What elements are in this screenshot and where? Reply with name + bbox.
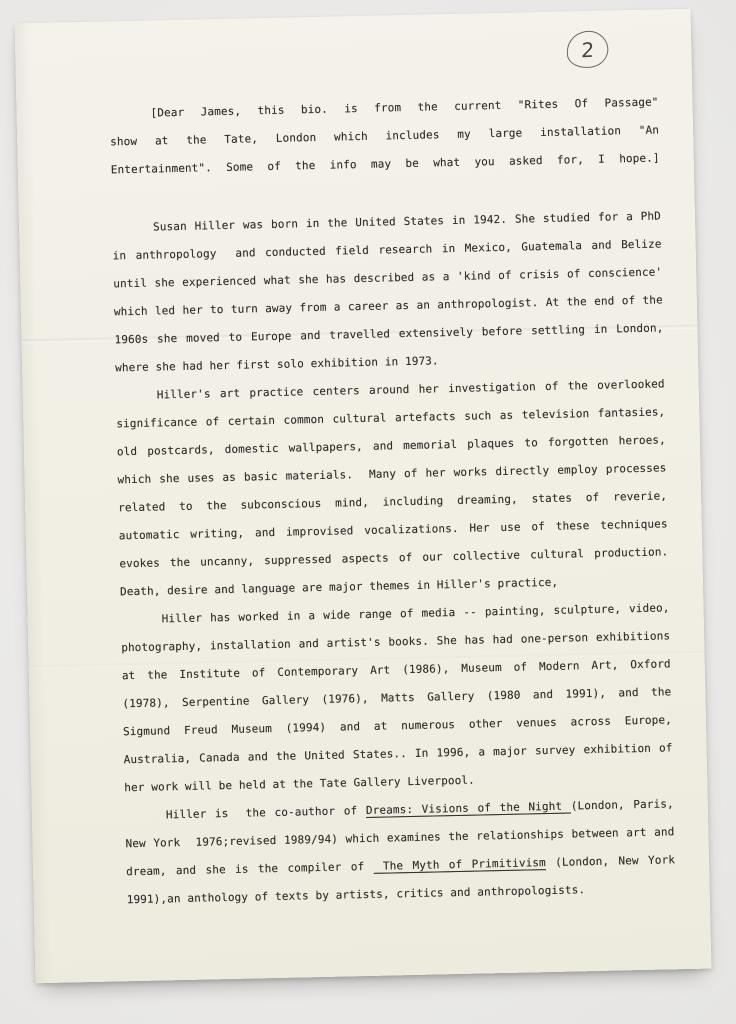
paper-sheet: 2 [Dear James, this bio. is from the cur…	[15, 9, 712, 984]
book-title-underlined: Dreams: Visions of the Night	[366, 800, 571, 817]
paragraph-early-life: Susan Hiller was born in the United Stat…	[112, 202, 665, 382]
photo-backdrop: 2 [Dear James, this bio. is from the cur…	[0, 0, 736, 1024]
line-text: (London, Paris,	[571, 797, 674, 812]
line-text: (London, New York	[546, 853, 675, 869]
paragraph-media-exhibitions: Hiller has worked in a wide range of med…	[120, 594, 673, 802]
line-text: Hiller is the co-author of	[166, 804, 366, 821]
line-text: dream, and she is the compiler of	[126, 860, 374, 878]
paragraph-publications: Hiller is the co-author of Dreams: Visio…	[125, 790, 676, 914]
paragraph-art-practice: Hiller's art practice centers around her…	[115, 370, 669, 606]
page-number: 2	[580, 39, 594, 60]
book-title-underlined: The Myth of Primitivism	[373, 856, 546, 873]
typewritten-text: [Dear James, this bio. is from the curre…	[109, 88, 676, 914]
intro-note: [Dear James, this bio. is from the curre…	[109, 88, 660, 184]
circled-page-number: 2	[564, 28, 611, 71]
